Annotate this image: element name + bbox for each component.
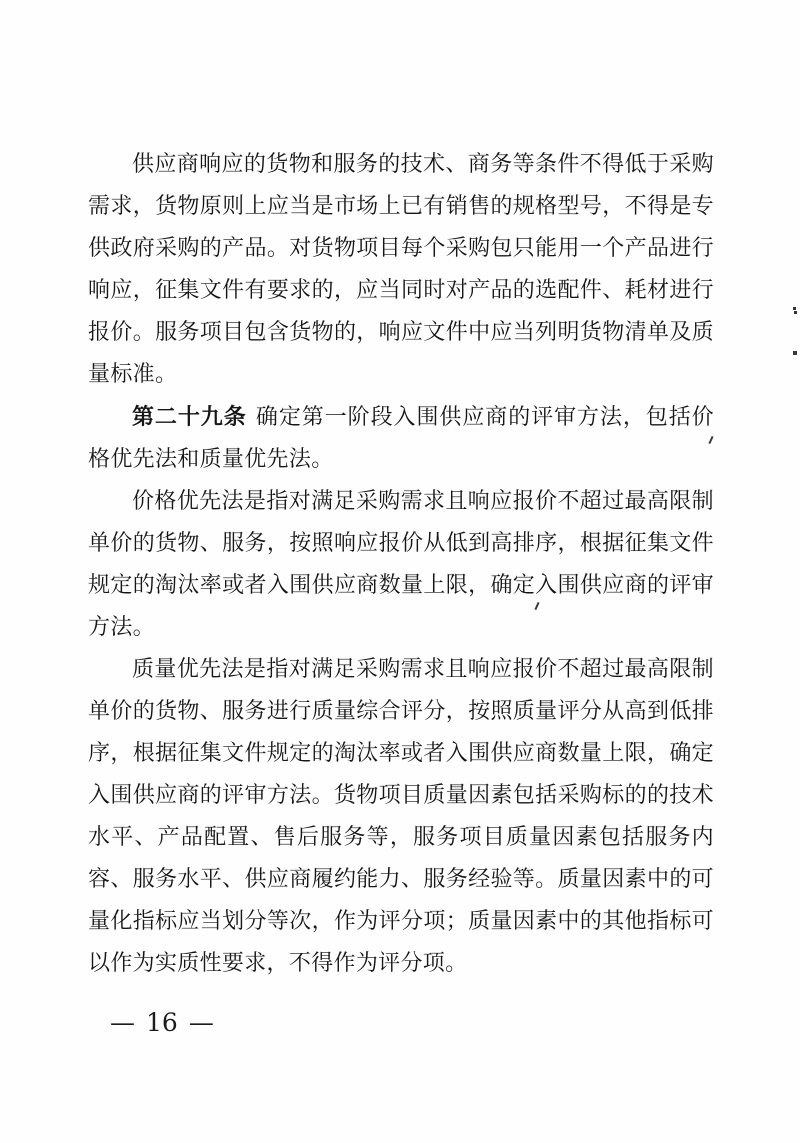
article-29-heading: 第二十九条 (132, 404, 247, 430)
paragraph-price-priority: 价格优先法是指对满足采购需求且响应报价不超过最高限制单价的货物、服务，按照响应报… (88, 481, 714, 649)
scan-speck (792, 307, 797, 315)
document-page: 供应商响应的货物和服务的技术、商务等条件不得低于采购需求，货物原则上应当是市场上… (0, 0, 800, 1143)
page-footer: —16— (110, 1008, 214, 1037)
text-block: 供应商响应的货物和服务的技术、商务等条件不得低于采购需求，货物原则上应当是市场上… (88, 144, 714, 985)
paragraph-article-29: 第二十九条确定第一阶段入围供应商的评审方法，包括价格优先法和质量优先法。 (88, 396, 714, 481)
paragraph-supplier-response: 供应商响应的货物和服务的技术、商务等条件不得低于采购需求，货物原则上应当是市场上… (88, 144, 714, 396)
scan-speck (793, 351, 797, 355)
footer-page-number: 16 (146, 1008, 178, 1037)
footer-right-dash: — (189, 1008, 214, 1037)
footer-left-dash: — (110, 1008, 135, 1037)
paragraph-quality-priority: 质量优先法是指对满足采购需求且响应报价不超过最高限制单价的货物、服务进行质量综合… (88, 649, 714, 985)
